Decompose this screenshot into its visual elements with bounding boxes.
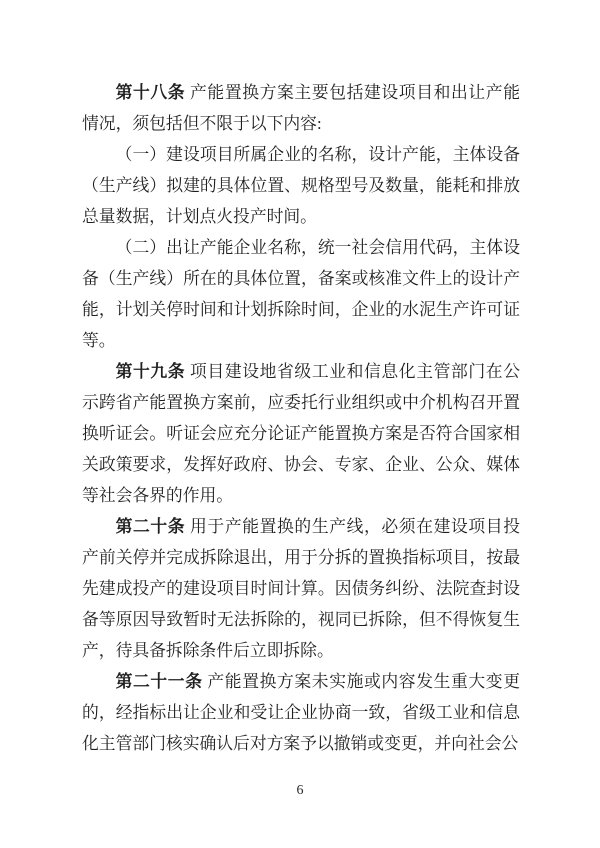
document-page: 第十八条 产能置换方案主要包括建设项目和出让产能情况，须包括但不限于以下内容: … [0, 0, 600, 848]
paragraph-article-19: 第十九条 项目建设地省级工业和信息化主管部门在公示跨省产能置换方案前，应委托行业… [82, 356, 520, 511]
paragraph-item-1: （一）建设项目所属企业的名称，设计产能，主体设备（生产线）拟建的具体位置、规格型… [82, 139, 520, 232]
document-body: 第十八条 产能置换方案主要包括建设项目和出让产能情况，须包括但不限于以下内容: … [82, 77, 520, 759]
paragraph-item-2: （二）出让产能企业名称，统一社会信用代码，主体设备（生产线）所在的具体位置，备案… [82, 232, 520, 356]
article-18-number: 第十八条 [116, 83, 186, 102]
article-21-number: 第二十一条 [116, 672, 203, 691]
article-19-text: 项目建设地省级工业和信息化主管部门在公示跨省产能置换方案前，应委托行业组织或中介… [82, 362, 520, 505]
article-20-text: 用于产能置换的生产线，必须在建设项目投产前关停并完成拆除退出，用于分拆的置换指标… [82, 517, 520, 660]
item-2-text: （二）出让产能企业名称，统一社会信用代码，主体设备（生产线）所在的具体位置，备案… [82, 238, 520, 350]
paragraph-article-21: 第二十一条 产能置换方案未实施或内容发生重大变更的，经指标出让企业和受让企业协商… [82, 666, 520, 759]
item-1-text: （一）建设项目所属企业的名称，设计产能，主体设备（生产线）拟建的具体位置、规格型… [82, 145, 520, 226]
page-number: 6 [0, 783, 600, 799]
article-19-number: 第十九条 [116, 362, 186, 381]
paragraph-article-18: 第十八条 产能置换方案主要包括建设项目和出让产能情况，须包括但不限于以下内容: [82, 77, 520, 139]
paragraph-article-20: 第二十条 用于产能置换的生产线，必须在建设项目投产前关停并完成拆除退出，用于分拆… [82, 511, 520, 666]
article-20-number: 第二十条 [116, 517, 186, 536]
